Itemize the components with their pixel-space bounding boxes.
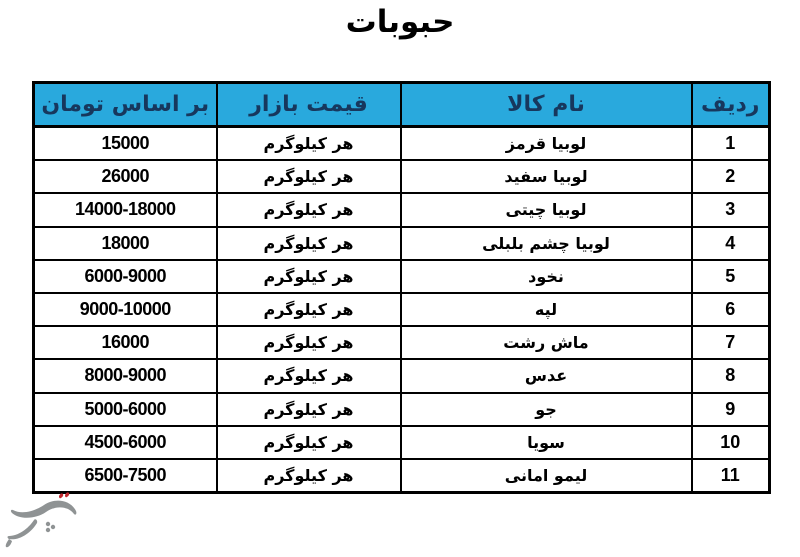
- table-body: 1لوبیا قرمزهر کیلوگرم150002لوبیا سفیدهر …: [34, 127, 770, 493]
- table-row: 3لوبیا چیتیهر کیلوگرم14000-18000: [34, 193, 770, 226]
- watermark-stroke: [6, 501, 77, 548]
- cell-name: لپه: [401, 293, 692, 326]
- cell-num: 7: [692, 326, 770, 359]
- table-row: 6لپههر کیلوگرم9000-10000: [34, 293, 770, 326]
- cell-name: لوبیا چیتی: [401, 193, 692, 226]
- table-row: 1لوبیا قرمزهر کیلوگرم15000: [34, 127, 770, 161]
- cell-name: لوبیا چشم بلبلی: [401, 227, 692, 260]
- cell-num: 2: [692, 160, 770, 193]
- cell-unit: هر کیلوگرم: [217, 393, 401, 426]
- cell-price: 9000-10000: [34, 293, 217, 326]
- cell-num: 4: [692, 227, 770, 260]
- table-row: 8عدسهر کیلوگرم8000-9000: [34, 359, 770, 392]
- cell-price: 8000-9000: [34, 359, 217, 392]
- cell-name: لیمو امانی: [401, 459, 692, 493]
- cell-name: سویا: [401, 426, 692, 459]
- cell-num: 3: [692, 193, 770, 226]
- cell-unit: هر کیلوگرم: [217, 459, 401, 493]
- table-row: 4لوبیا چشم بلبلیهر کیلوگرم18000: [34, 227, 770, 260]
- table-row: 2لوبیا سفیدهر کیلوگرم26000: [34, 160, 770, 193]
- watermark-red-dots: [59, 492, 69, 498]
- cell-name: عدس: [401, 359, 692, 392]
- cell-name: ماش رشت: [401, 326, 692, 359]
- cell-price: 26000: [34, 160, 217, 193]
- cell-unit: هر کیلوگرم: [217, 260, 401, 293]
- cell-price: 6000-9000: [34, 260, 217, 293]
- cell-price: 16000: [34, 326, 217, 359]
- cell-num: 1: [692, 127, 770, 161]
- cell-price: 5000-6000: [34, 393, 217, 426]
- table-row: 10سویاهر کیلوگرم4500-6000: [34, 426, 770, 459]
- cell-num: 11: [692, 459, 770, 493]
- cell-price: 15000: [34, 127, 217, 161]
- cell-num: 10: [692, 426, 770, 459]
- cell-num: 9: [692, 393, 770, 426]
- cell-name: لوبیا سفید: [401, 160, 692, 193]
- table-row: 9جوهر کیلوگرم5000-6000: [34, 393, 770, 426]
- cell-num: 6: [692, 293, 770, 326]
- tasnim-logo-watermark: [4, 487, 86, 551]
- page: { "page": { "title": "حبوبات", "directio…: [0, 0, 800, 557]
- cell-unit: هر کیلوگرم: [217, 227, 401, 260]
- cell-name: لوبیا قرمز: [401, 127, 692, 161]
- cell-price: 14000-18000: [34, 193, 217, 226]
- header-row: ردیف نام کالا قیمت بازار بر اساس تومان: [34, 83, 770, 127]
- cell-unit: هر کیلوگرم: [217, 326, 401, 359]
- price-table: ردیف نام کالا قیمت بازار بر اساس تومان 1…: [32, 81, 771, 494]
- cell-unit: هر کیلوگرم: [217, 426, 401, 459]
- table-header: ردیف نام کالا قیمت بازار بر اساس تومان: [34, 83, 770, 127]
- cell-price: 4500-6000: [34, 426, 217, 459]
- header-toman-basis: بر اساس تومان: [34, 83, 217, 127]
- header-row-number: ردیف: [692, 83, 770, 127]
- table-row: 7ماش رشتهر کیلوگرم16000: [34, 326, 770, 359]
- page-title: حبوبات: [0, 4, 800, 40]
- cell-num: 8: [692, 359, 770, 392]
- table-row: 11لیمو امانیهر کیلوگرم6500-7500: [34, 459, 770, 493]
- cell-price: 18000: [34, 227, 217, 260]
- header-product-name: نام کالا: [401, 83, 692, 127]
- cell-name: جو: [401, 393, 692, 426]
- cell-unit: هر کیلوگرم: [217, 193, 401, 226]
- table-row: 5نخودهر کیلوگرم6000-9000: [34, 260, 770, 293]
- header-market-price: قیمت بازار: [217, 83, 401, 127]
- cell-num: 5: [692, 260, 770, 293]
- cell-unit: هر کیلوگرم: [217, 160, 401, 193]
- cell-name: نخود: [401, 260, 692, 293]
- cell-unit: هر کیلوگرم: [217, 359, 401, 392]
- cell-unit: هر کیلوگرم: [217, 127, 401, 161]
- cell-unit: هر کیلوگرم: [217, 293, 401, 326]
